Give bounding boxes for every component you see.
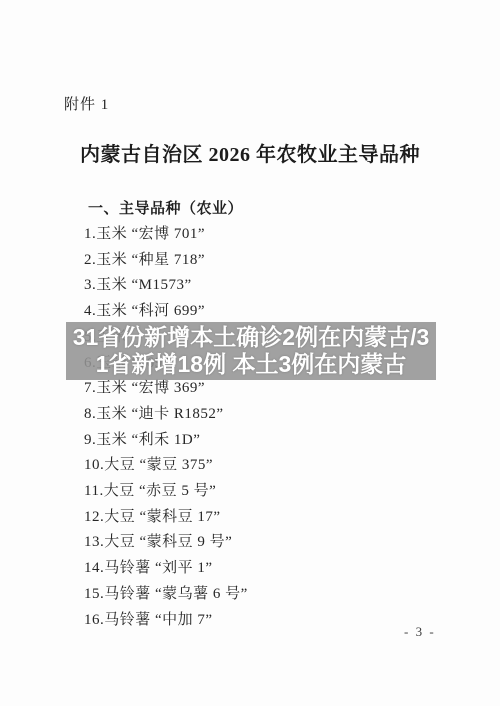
list-item: 4.玉米 “科河 699” (84, 299, 248, 325)
list-item: 1.玉米 “宏博 701” (84, 222, 248, 248)
list-item: 10.大豆 “蒙豆 375” (84, 453, 248, 479)
section-heading: 一、主导品种（农业） (88, 197, 243, 218)
news-overlay-line1: 31省份新增本土确诊2例在内蒙古/3 (73, 324, 430, 352)
page-number: - 3 - (404, 624, 436, 640)
list-item: 7.玉米 “宏博 369” (84, 376, 248, 402)
list-item: 3.玉米 “M1573” (84, 273, 248, 299)
news-overlay-banner: 31省份新增本土确诊2例在内蒙古/3 1省新增18例 本土3例在内蒙古 (66, 322, 436, 380)
variety-list: 1.玉米 “宏博 701” 2.玉米 “种星 718” 3.玉米 “M1573”… (84, 222, 248, 633)
attachment-label: 附件 1 (64, 93, 109, 114)
scanned-document-page: 附件 1 内蒙古自治区 2026 年农牧业主导品种 一、主导品种（农业） 1.玉… (0, 0, 500, 706)
list-item: 12.大豆 “蒙科豆 17” (84, 505, 248, 531)
list-item: 2.玉米 “种星 718” (84, 248, 248, 274)
document-title: 内蒙古自治区 2026 年农牧业主导品种 (0, 138, 500, 167)
list-item: 9.玉米 “利禾 1D” (84, 428, 248, 454)
news-overlay-line2: 1省新增18例 本土3例在内蒙古 (96, 351, 407, 379)
list-item: 16.马铃薯 “中加 7” (84, 608, 248, 634)
list-item: 15.马铃薯 “蒙乌薯 6 号” (84, 582, 248, 608)
list-item: 13.大豆 “蒙科豆 9 号” (84, 530, 248, 556)
list-item: 8.玉米 “迪卡 R1852” (84, 402, 248, 428)
list-item: 14.马铃薯 “刘平 1” (84, 556, 248, 582)
list-item: 11.大豆 “赤豆 5 号” (84, 479, 248, 505)
